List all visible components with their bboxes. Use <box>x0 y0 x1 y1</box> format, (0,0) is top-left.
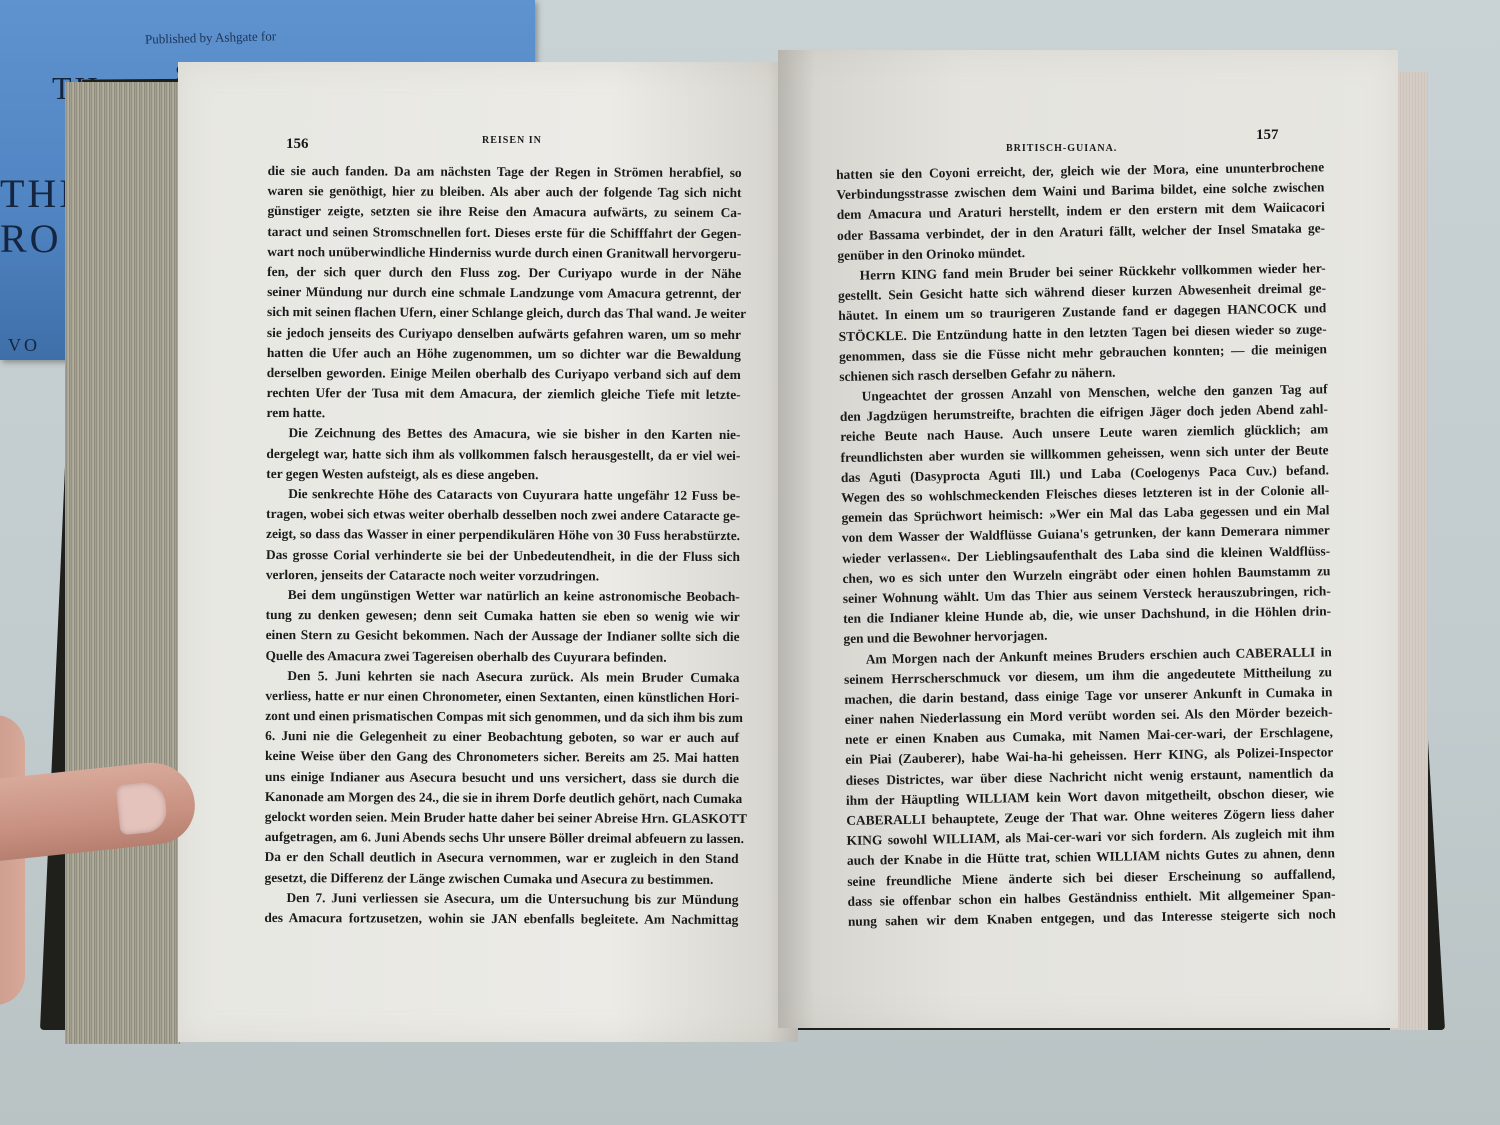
text-line: Die Zeichnung des Bettes des Amacura, wi… <box>266 423 740 445</box>
text-line: sich mit seinen flachen Ufern, einer Sch… <box>267 302 741 324</box>
text-line: Die senkrechte Höhe des Cataracts von Cu… <box>266 484 740 506</box>
text-line: einen Stern zu Gesicht bekommen. Nach de… <box>266 625 740 647</box>
running-head: BRITISCH-GUIANA. <box>1006 143 1117 154</box>
text-line: tragen, wobei sich etwas weiter oberhalb… <box>266 504 740 526</box>
text-line: Da er den Schall deutlich in Asecura ver… <box>265 847 739 869</box>
text-line: günstiger zeigte, setzten sie ihre Reise… <box>267 201 741 223</box>
page-number: 157 <box>1256 127 1279 144</box>
text-line: die sie auch fanden. Da am nächsten Tage… <box>268 161 742 183</box>
text-line: Kanonade am Morgen des 24., die sie in i… <box>265 787 739 809</box>
text-line: rem hatte. <box>267 403 741 425</box>
hand-holding-book <box>0 715 200 1005</box>
text-line: uns einige Indianer aus Asecura besucht … <box>265 767 739 789</box>
text-line: Bei dem ungünstigen Wetter war natürlich… <box>266 585 740 607</box>
text-line: verliess, hatte er nur einen Chronometer… <box>265 686 739 708</box>
text-line: des Amacura fortzusetzen, wohin sie JAN … <box>264 908 738 930</box>
cover-volume-fragment: VO <box>8 335 40 356</box>
text-line: gesetzt, die Differenz der Länge zwische… <box>265 868 739 890</box>
running-head: REISEN IN <box>482 135 542 146</box>
text-line: ter gegen Westen aufsteigt, als es diese… <box>266 464 740 486</box>
text-line: rechten Ufer der Tusa mit dem Amacura, d… <box>267 383 741 405</box>
text-line: seiner Mündung nur durch eine schmale La… <box>267 282 741 304</box>
text-line: verloren, jenseits der Cataracte noch we… <box>266 565 740 587</box>
text-line: derselben geworden. Einige Meilen oberha… <box>267 363 741 385</box>
text-line: Den 7. Juni verliessen sie Asecura, um d… <box>264 888 738 910</box>
text-line: waren sie genöthigt, hier zu bleiben. Al… <box>267 181 741 203</box>
right-page: 157 BRITISCH-GUIANA. hatten sie den Coyo… <box>778 50 1398 1028</box>
page-body-text: hatten sie den Coyoni erreicht, der, gle… <box>836 157 1336 932</box>
publisher-line: Published by Ashgate for <box>145 28 276 47</box>
text-line: wart noch unüberwindliche Hinderniss wur… <box>267 242 741 264</box>
text-line: Das grosse Corial verhinderte sie bei de… <box>266 545 740 567</box>
text-line: keine Weise über den Gang des Chronomete… <box>265 746 739 768</box>
page-number: 156 <box>286 136 309 153</box>
text-line: dergelegt war, hatte sich ihm als vollko… <box>266 444 740 466</box>
page-body-text: die sie auch fanden. Da am nächsten Tage… <box>264 161 741 930</box>
text-line: sie jedoch jenseits des Curiyapo denselb… <box>267 322 741 344</box>
text-line: aufgetragen, am 6. Juni Abends sechs Uhr… <box>265 827 739 849</box>
text-line: gelockt worden seien. Mein Bruder hatte … <box>265 807 739 829</box>
text-line: hatten die Ufer auch an Höhe zugenommen,… <box>267 343 741 365</box>
text-line: Den 5. Juni kehrten sie nach Asecura zur… <box>265 666 739 688</box>
thumb <box>0 758 199 863</box>
text-line: taract und seinen Stromschnellen fort. D… <box>267 222 741 244</box>
text-line: 6. Juni nie die Gelegenheit zu einer Beo… <box>265 726 739 748</box>
text-line: fen, der sich quer durch den Fluss zog. … <box>267 262 741 284</box>
text-line: tung zu denken gewesen; denn seit Cumaka… <box>266 605 740 627</box>
cover-title-fragment: RO <box>0 215 62 262</box>
text-line: zeigt, so dass das Wasser in einer perpe… <box>266 524 740 546</box>
text-line: Quelle des Amacura zwei Tagereisen oberh… <box>265 645 739 667</box>
text-line: zont und einen prismatischen Compas mit … <box>265 706 739 728</box>
left-page: 156 REISEN IN die sie auch fanden. Da am… <box>178 62 798 1042</box>
